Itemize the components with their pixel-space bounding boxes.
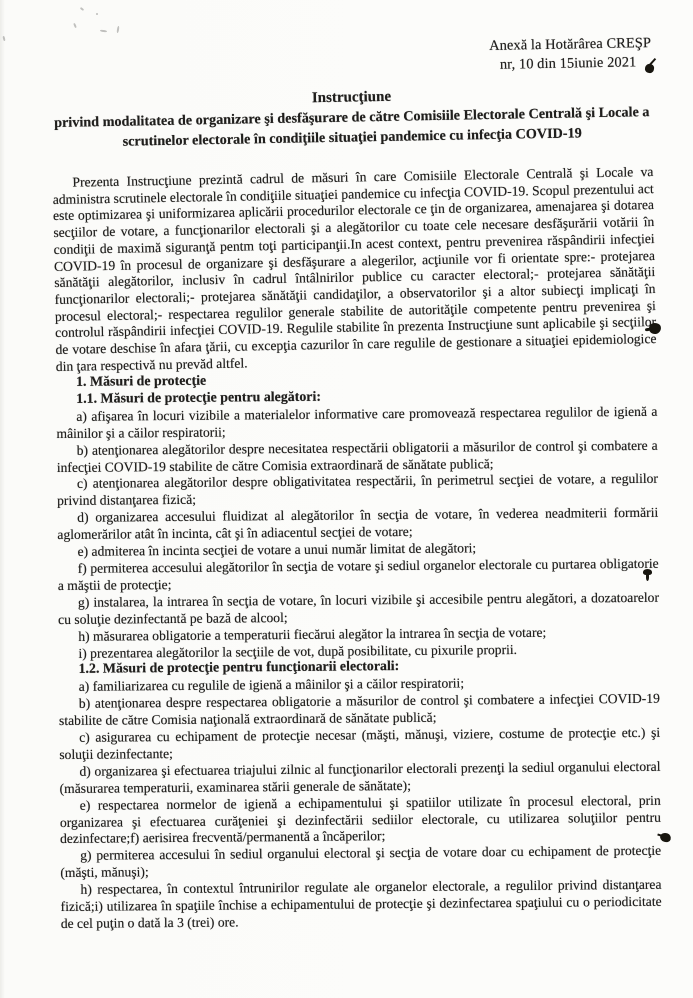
ink-blot-mark [643,569,652,575]
measure-item-1-2-h-i: h) respectarea, în contextul întrunirilo… [60,877,661,933]
annex-header: Anexă la Hotărârea CREŞP nr, 10 din 15iu… [50,34,652,83]
pencil-smudge-mark [96,13,98,15]
intro-paragraph: Prezenta Instrucţiune prezintă cadrul de… [52,164,657,375]
measures-text-block: 1. Măsuri de protecţie 1.1. Măsuri de pr… [56,370,662,933]
ink-blot-mark [648,322,661,335]
pencil-smudge-mark [2,36,5,41]
document-subtitle: privind modalitatea de organizare şi des… [51,103,653,153]
measure-item-1-2-e-f: e) respectarea normelor de igienă a echi… [60,793,661,849]
upper-text-block: Anexă la Hotărârea CREŞP nr, 10 din 15iu… [50,34,657,375]
scanned-document-page: Anexă la Hotărârea CREŞP nr, 10 din 15iu… [0,0,693,998]
document-content: Anexă la Hotărârea CREŞP nr, 10 din 15iu… [56,0,657,933]
